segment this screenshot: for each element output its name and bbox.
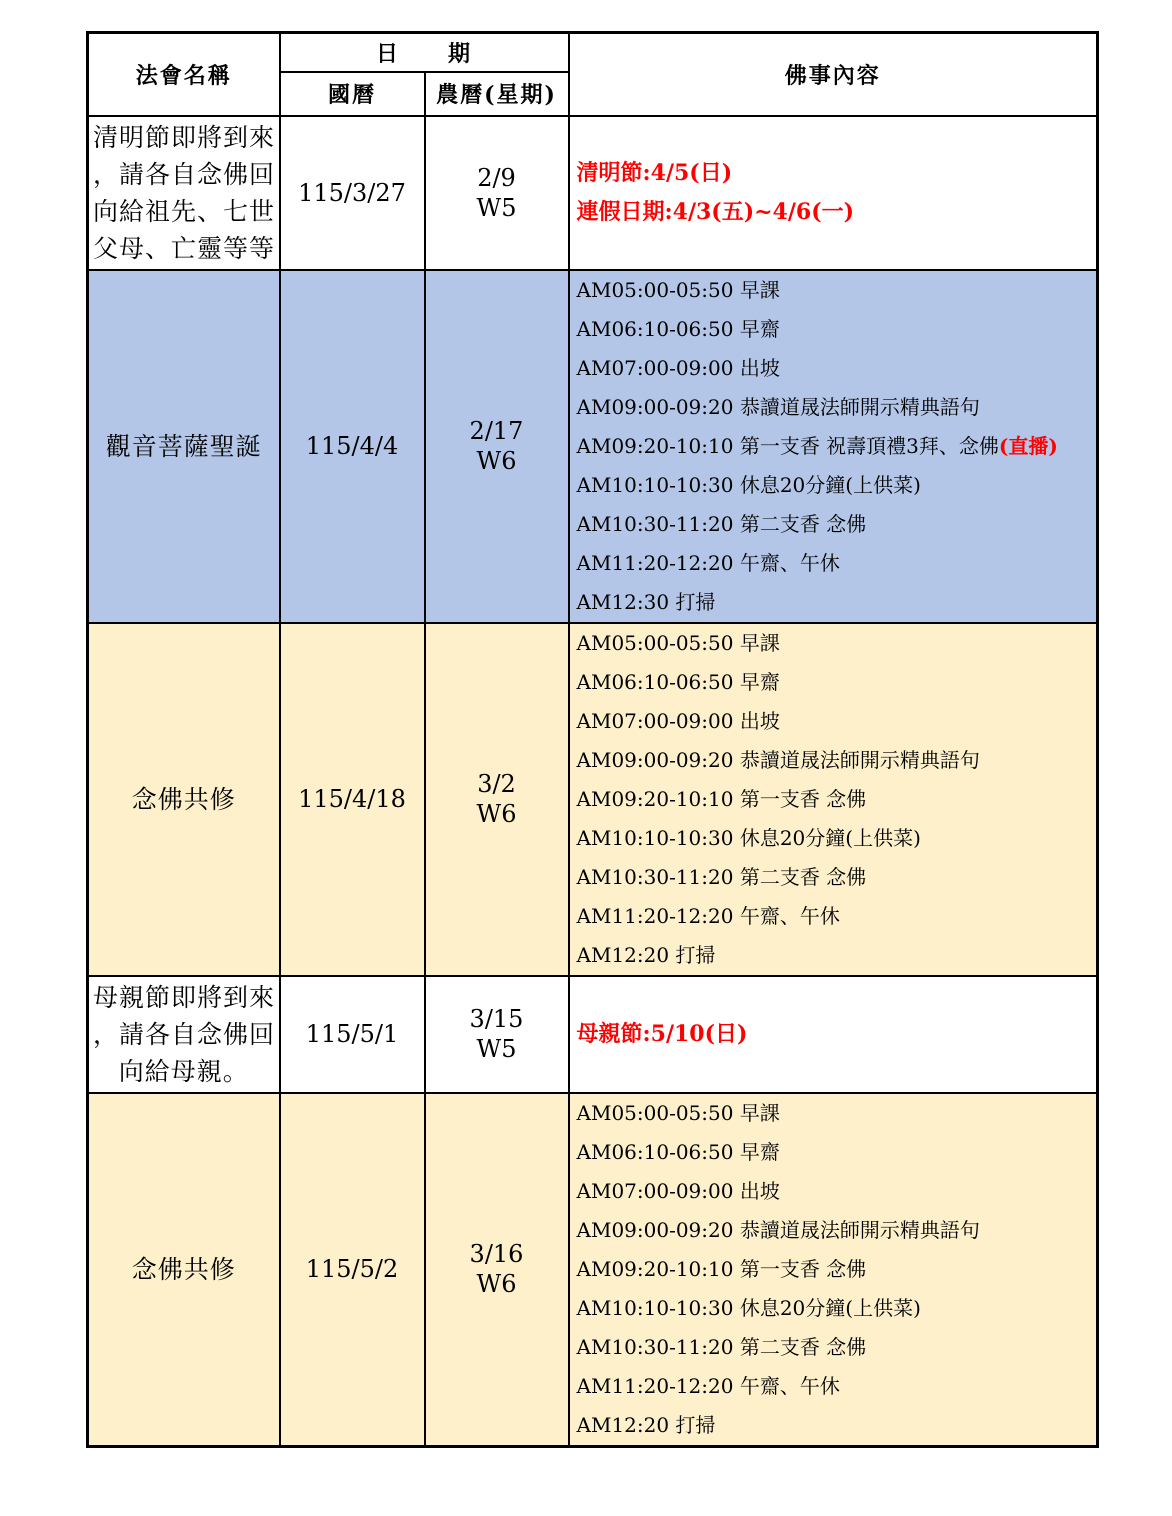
notice-text-line: 母親節:5/10(日) xyxy=(577,1015,1097,1054)
lunar-date-cell: 3/15W5 xyxy=(425,976,569,1093)
schedule-line-text: AM07:00-09:00 出坡 xyxy=(577,709,780,733)
event-name-cell: 觀音菩薩聖誕 xyxy=(88,270,280,623)
gregorian-date-cell: 115/5/1 xyxy=(280,976,425,1093)
gregorian-date-cell: 115/5/2 xyxy=(280,1093,425,1447)
schedule-line: AM05:00-05:50 早課 xyxy=(577,624,1097,663)
event-name-cell: 清明節即將到來，請各自念佛回向給祖先、七世父母、亡靈等等 xyxy=(88,116,280,270)
schedule-line: AM09:00-09:20 恭讀道晟法師開示精典語句 xyxy=(577,1211,1097,1250)
event-content-cell: AM05:00-05:50 早課AM06:10-06:50 早齋AM07:00-… xyxy=(569,1093,1098,1447)
table-row: 念佛共修115/4/183/2W6AM05:00-05:50 早課AM06:10… xyxy=(88,623,1098,976)
event-name-line: ，請各自念佛回 xyxy=(93,156,275,193)
lunar-date: 2/17 xyxy=(426,416,568,446)
gregorian-date-cell: 115/4/4 xyxy=(280,270,425,623)
schedule-line: AM06:10-06:50 早齋 xyxy=(577,1133,1097,1172)
event-name-line: 向給母親。 xyxy=(93,1053,275,1090)
schedule-line-text: AM07:00-09:00 出坡 xyxy=(577,356,780,380)
event-name-line: 觀音菩薩聖誕 xyxy=(93,428,275,465)
event-name-line: 念佛共修 xyxy=(93,781,275,818)
schedule-line-text: AM09:20-10:10 第一支香 祝壽頂禮3拜、念佛 xyxy=(577,434,999,458)
schedule-line-text: AM10:30-11:20 第二支香 念佛 xyxy=(577,1335,867,1359)
schedule-line: AM10:30-11:20 第二支香 念佛 xyxy=(577,1328,1097,1367)
schedule-line: AM12:20 打掃 xyxy=(577,1406,1097,1445)
schedule-line-text: AM10:30-11:20 第二支香 念佛 xyxy=(577,865,867,889)
event-name-line: 父母、亡靈等等 xyxy=(93,230,275,267)
event-content-cell: 清明節:4/5(日)連假日期:4/3(五)~4/6(一) xyxy=(569,116,1098,270)
schedule-line: AM11:20-12:20 午齋、午休 xyxy=(577,897,1097,936)
schedule-line-text: AM09:00-09:20 恭讀道晟法師開示精典語句 xyxy=(577,395,980,419)
lunar-date-cell: 3/16W6 xyxy=(425,1093,569,1447)
schedule-line-text: AM06:10-06:50 早齋 xyxy=(577,670,780,694)
notice-text-line: 連假日期:4/3(五)~4/6(一) xyxy=(577,193,1097,232)
schedule-line-text: AM09:00-09:20 恭讀道晟法師開示精典語句 xyxy=(577,1218,980,1242)
lunar-date-cell: 2/9W5 xyxy=(425,116,569,270)
schedule-line: AM11:20-12:20 午齋、午休 xyxy=(577,1367,1097,1406)
schedule-line-text: AM05:00-05:50 早課 xyxy=(577,631,780,655)
table-row: 清明節即將到來，請各自念佛回向給祖先、七世父母、亡靈等等115/3/272/9W… xyxy=(88,116,1098,270)
schedule-line: AM05:00-05:50 早課 xyxy=(577,271,1097,310)
schedule-line: AM06:10-06:50 早齋 xyxy=(577,310,1097,349)
schedule-line: AM10:10-10:30 休息20分鐘(上供菜) xyxy=(577,819,1097,858)
weekday-code: W5 xyxy=(426,1034,568,1064)
dharma-assembly-schedule-table: 法會名稱 日 期 佛事內容 國曆 農曆(星期) 清明節即將到來，請各自念佛回向給… xyxy=(86,31,1099,1448)
weekday-code: W6 xyxy=(426,799,568,829)
header-row-1: 法會名稱 日 期 佛事內容 xyxy=(88,33,1098,72)
event-name-line: 念佛共修 xyxy=(93,1251,275,1288)
schedule-line: AM09:20-10:10 第一支香 祝壽頂禮3拜、念佛(直播) xyxy=(577,427,1097,466)
schedule-line-text: AM09:20-10:10 第一支香 念佛 xyxy=(577,1257,867,1281)
event-content-cell: 母親節:5/10(日) xyxy=(569,976,1098,1093)
schedule-line-text: AM09:20-10:10 第一支香 念佛 xyxy=(577,787,867,811)
table-row: 觀音菩薩聖誕115/4/42/17W6AM05:00-05:50 早課AM06:… xyxy=(88,270,1098,623)
weekday-code: W6 xyxy=(426,1269,568,1299)
schedule-line: AM09:00-09:20 恭讀道晟法師開示精典語句 xyxy=(577,388,1097,427)
lunar-date: 2/9 xyxy=(426,163,568,193)
event-name-cell: 念佛共修 xyxy=(88,623,280,976)
lunar-date: 3/15 xyxy=(426,1004,568,1034)
lunar-date: 3/2 xyxy=(426,769,568,799)
event-name-line: 母親節即將到來 xyxy=(93,979,275,1016)
schedule-line-text: AM12:20 打掃 xyxy=(577,943,716,967)
schedule-line: AM09:20-10:10 第一支香 念佛 xyxy=(577,780,1097,819)
lunar-date-cell: 3/2W6 xyxy=(425,623,569,976)
header-date-group: 日 期 xyxy=(280,33,569,72)
notice-text-line: 清明節:4/5(日) xyxy=(577,154,1097,193)
schedule-line-text: AM06:10-06:50 早齋 xyxy=(577,317,780,341)
schedule-line: AM10:10-10:30 休息20分鐘(上供菜) xyxy=(577,1289,1097,1328)
schedule-line: AM07:00-09:00 出坡 xyxy=(577,702,1097,741)
weekday-code: W6 xyxy=(426,446,568,476)
table-header: 法會名稱 日 期 佛事內容 國曆 農曆(星期) xyxy=(88,33,1098,116)
header-lunar-weekday: 農曆(星期) xyxy=(425,72,569,116)
schedule-live-note: (直播) xyxy=(999,434,1058,458)
schedule-line: AM09:20-10:10 第一支香 念佛 xyxy=(577,1250,1097,1289)
event-name-line: 向給祖先、七世 xyxy=(93,193,275,230)
gregorian-date-cell: 115/4/18 xyxy=(280,623,425,976)
schedule-line-text: AM05:00-05:50 早課 xyxy=(577,1101,780,1125)
event-name-cell: 母親節即將到來，請各自念佛回向給母親。 xyxy=(88,976,280,1093)
event-name-line: ，請各自念佛回 xyxy=(93,1016,275,1053)
lunar-date: 3/16 xyxy=(426,1239,568,1269)
schedule-line: AM09:00-09:20 恭讀道晟法師開示精典語句 xyxy=(577,741,1097,780)
schedule-line-text: AM10:30-11:20 第二支香 念佛 xyxy=(577,512,867,536)
schedule-line-text: AM06:10-06:50 早齋 xyxy=(577,1140,780,1164)
schedule-line: AM11:20-12:20 午齋、午休 xyxy=(577,544,1097,583)
schedule-line: AM07:00-09:00 出坡 xyxy=(577,349,1097,388)
event-name-line: 清明節即將到來 xyxy=(93,119,275,156)
schedule-line: AM10:30-11:20 第二支香 念佛 xyxy=(577,858,1097,897)
schedule-line-text: AM12:20 打掃 xyxy=(577,1413,716,1437)
schedule-line-text: AM10:10-10:30 休息20分鐘(上供菜) xyxy=(577,473,921,497)
schedule-line-text: AM11:20-12:20 午齋、午休 xyxy=(577,551,840,575)
schedule-line-text: AM10:10-10:30 休息20分鐘(上供菜) xyxy=(577,826,921,850)
event-content-cell: AM05:00-05:50 早課AM06:10-06:50 早齋AM07:00-… xyxy=(569,270,1098,623)
schedule-line-text: AM12:30 打掃 xyxy=(577,590,716,614)
schedule-line: AM07:00-09:00 出坡 xyxy=(577,1172,1097,1211)
schedule-line-text: AM11:20-12:20 午齋、午休 xyxy=(577,904,840,928)
table-row: 念佛共修115/5/23/16W6AM05:00-05:50 早課AM06:10… xyxy=(88,1093,1098,1447)
gregorian-date-cell: 115/3/27 xyxy=(280,116,425,270)
schedule-line: AM05:00-05:50 早課 xyxy=(577,1094,1097,1133)
schedule-line: AM12:30 打掃 xyxy=(577,583,1097,622)
header-event-name: 法會名稱 xyxy=(88,33,280,116)
dharma-schedule-page: 法會名稱 日 期 佛事內容 國曆 農曆(星期) 清明節即將到來，請各自念佛回向給… xyxy=(0,0,1172,1516)
header-gregorian: 國曆 xyxy=(280,72,425,116)
weekday-code: W5 xyxy=(426,193,568,223)
event-content-cell: AM05:00-05:50 早課AM06:10-06:50 早齋AM07:00-… xyxy=(569,623,1098,976)
header-content: 佛事內容 xyxy=(569,33,1098,116)
schedule-line-text: AM07:00-09:00 出坡 xyxy=(577,1179,780,1203)
schedule-line: AM10:30-11:20 第二支香 念佛 xyxy=(577,505,1097,544)
schedule-line-text: AM11:20-12:20 午齋、午休 xyxy=(577,1374,840,1398)
schedule-line-text: AM09:00-09:20 恭讀道晟法師開示精典語句 xyxy=(577,748,980,772)
schedule-line: AM12:20 打掃 xyxy=(577,936,1097,975)
schedule-line: AM06:10-06:50 早齋 xyxy=(577,663,1097,702)
schedule-line-text: AM10:10-10:30 休息20分鐘(上供菜) xyxy=(577,1296,921,1320)
schedule-line: AM10:10-10:30 休息20分鐘(上供菜) xyxy=(577,466,1097,505)
table-row: 母親節即將到來，請各自念佛回向給母親。115/5/13/15W5母親節:5/10… xyxy=(88,976,1098,1093)
schedule-line-text: AM05:00-05:50 早課 xyxy=(577,278,780,302)
event-name-cell: 念佛共修 xyxy=(88,1093,280,1447)
lunar-date-cell: 2/17W6 xyxy=(425,270,569,623)
schedule-table-body: 清明節即將到來，請各自念佛回向給祖先、七世父母、亡靈等等115/3/272/9W… xyxy=(88,116,1098,1447)
